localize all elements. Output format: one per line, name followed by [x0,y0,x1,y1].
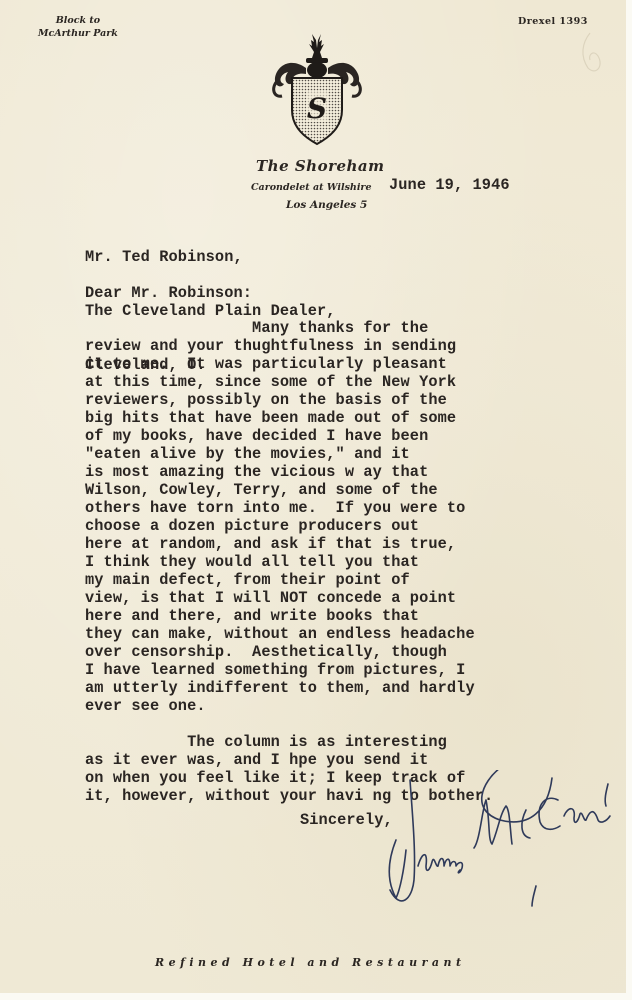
recipient-line: Mr. Ted Robinson, [85,248,336,266]
body-line: here and there, and write books that [85,607,493,625]
salutation: Dear Mr. Robinson: [85,284,252,302]
body-line: it to me. It was particularly pleasant [85,355,493,373]
body-line: others have torn into me. If you were to [85,499,493,517]
body-line: The column is as interesting [85,733,493,751]
body-line: Many thanks for the [85,319,493,337]
body-line: is most amazing the vicious w ay that [85,463,493,481]
hotel-crest-icon: S [262,28,372,148]
hotel-city: Los Angeles 5 [286,199,367,211]
letterhead-location-note: Block to McArthur Park [38,14,118,40]
body-line: they can make, without an endless headac… [85,625,493,643]
location-note-line: McArthur Park [38,27,118,40]
body-line: of my books, have decided I have been [85,427,493,445]
body-line: am utterly indifferent to them, and hard… [85,679,493,697]
body-line: I have learned something from pictures, … [85,661,493,679]
body-line: reviewers, possibly on the basis of the [85,391,493,409]
body-line: Wilson, Cowley, Terry, and some of the [85,481,493,499]
hotel-name: The Shoreham [256,157,385,175]
letter-date: June 19, 1946 [389,176,510,194]
body-line: view, is that I will NOT concede a point [85,589,493,607]
recipient-line: The Cleveland Plain Dealer, [85,302,336,320]
letterhead-footer-tagline: Refined Hotel and Restaurant [155,956,466,969]
body-line: my main defect, from their point of [85,571,493,589]
body-line [85,715,493,733]
location-note-line: Block to [38,14,118,27]
body-line: at this time, since some of the New York [85,373,493,391]
hotel-street-address: Carondelet at Wilshire [251,182,372,193]
body-line: "eaten alive by the movies," and it [85,445,493,463]
body-line: as it ever was, and I hpe you send it [85,751,493,769]
letter-body: Many thanks for thereview and your thugh… [85,319,493,805]
body-line: here at random, and ask if that is true, [85,535,493,553]
body-line: over censorship. Aesthetically, though [85,643,493,661]
body-line: ever see one. [85,697,493,715]
letterhead-phone: Drexel 1393 [518,16,588,27]
body-line: choose a dozen picture producers out [85,517,493,535]
handwritten-signature: James M. Cain [370,770,632,920]
body-line: I think they would all tell you that [85,553,493,571]
body-line: big hits that have been made out of some [85,409,493,427]
body-line: review and your thughtfulness in sending [85,337,493,355]
svg-text:S: S [307,92,327,125]
faint-pencil-mark [560,28,620,78]
